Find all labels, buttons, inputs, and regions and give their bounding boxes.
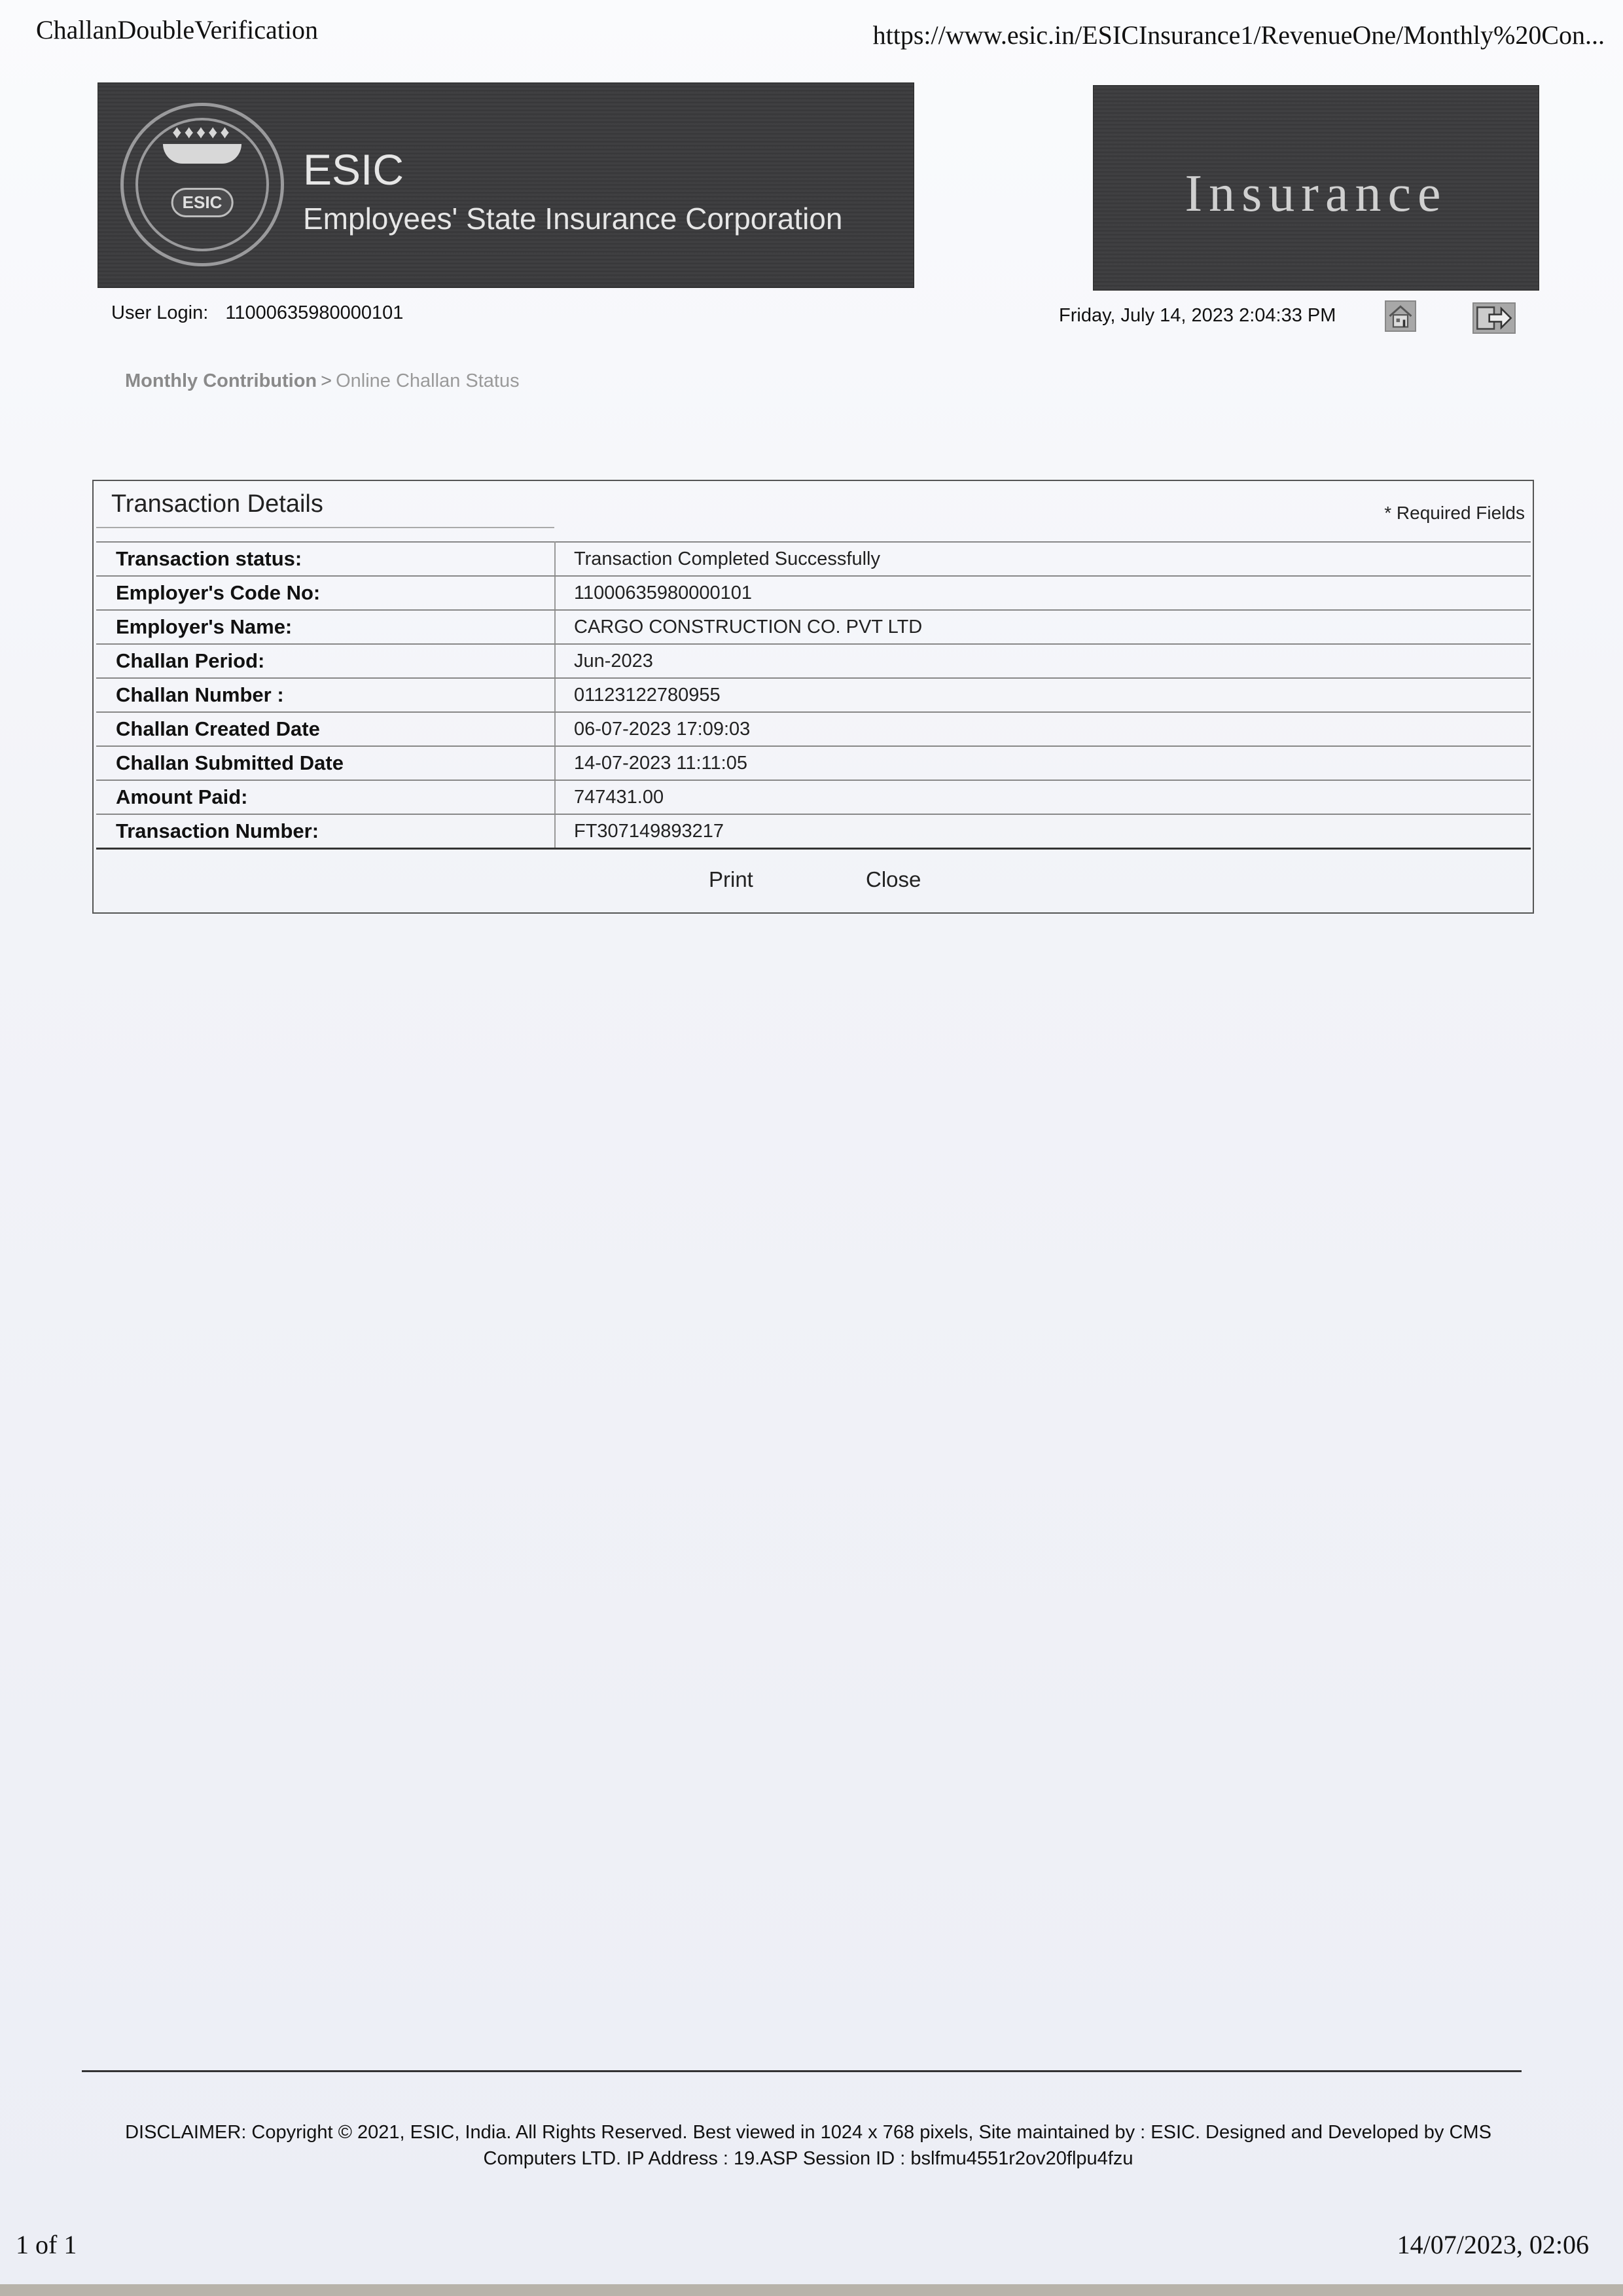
esic-banner: ♦♦♦♦♦ ESIC ESIC Employees' State Insuran… <box>98 83 914 287</box>
brand-short-name: ESIC <box>303 145 404 194</box>
table-row: Challan Submitted Date 14-07-2023 11:11:… <box>96 746 1531 780</box>
insurance-banner-text: Insurance <box>1094 164 1539 224</box>
disclaimer-line-2: Computers LTD. IP Address : 19.ASP Sessi… <box>72 2145 1544 2172</box>
lamp-icon <box>163 144 241 164</box>
breadcrumb-online-challan-status: Online Challan Status <box>336 370 520 391</box>
insurance-banner: Insurance <box>1094 86 1539 290</box>
challan-period-label: Challan Period: <box>96 644 555 678</box>
table-row: Amount Paid: 747431.00 <box>96 780 1531 814</box>
amount-paid-label: Amount Paid: <box>96 780 555 814</box>
esic-logo: ♦♦♦♦♦ ESIC <box>120 103 284 266</box>
home-icon[interactable] <box>1385 300 1416 332</box>
breadcrumb: Monthly Contribution>Online Challan Stat… <box>125 370 520 392</box>
employer-name-value: CARGO CONSTRUCTION CO. PVT LTD <box>555 610 1531 644</box>
print-button[interactable]: Print <box>709 867 753 892</box>
user-login-label: User Login: <box>111 302 208 323</box>
challan-submitted-date-value: 14-07-2023 11:11:05 <box>555 746 1531 780</box>
home-icon-glyph <box>1386 302 1415 331</box>
table-row: Transaction Number: FT307149893217 <box>96 814 1531 849</box>
employer-code-label: Employer's Code No: <box>96 576 555 610</box>
transaction-status-label: Transaction status: <box>96 542 555 576</box>
amount-paid-value: 747431.00 <box>555 780 1531 814</box>
print-header-title: ChallanDoubleVerification <box>36 14 318 45</box>
panel-title-divider <box>96 527 554 528</box>
disclaimer: DISCLAIMER: Copyright © 2021, ESIC, Indi… <box>72 2119 1544 2172</box>
scan-edge <box>0 2284 1623 2296</box>
table-row: Challan Number : 01123122780955 <box>96 678 1531 712</box>
employer-code-value: 11000635980000101 <box>555 576 1531 610</box>
disclaimer-line-1: DISCLAIMER: Copyright © 2021, ESIC, Indi… <box>72 2119 1544 2145</box>
user-login: User Login: 11000635980000101 <box>111 302 403 324</box>
table-row: Challan Created Date 06-07-2023 17:09:03 <box>96 712 1531 746</box>
table-row: Employer's Name: CARGO CONSTRUCTION CO. … <box>96 610 1531 644</box>
brand-full-name: Employees' State Insurance Corporation <box>303 201 842 236</box>
breadcrumb-monthly-contribution[interactable]: Monthly Contribution <box>125 370 317 391</box>
table-row: Employer's Code No: 11000635980000101 <box>96 576 1531 610</box>
transaction-number-value: FT307149893217 <box>555 814 1531 849</box>
breadcrumb-separator: > <box>321 370 332 391</box>
printed-page <box>0 0 1623 2284</box>
employer-name-label: Employer's Name: <box>96 610 555 644</box>
challan-created-date-value: 06-07-2023 17:09:03 <box>555 712 1531 746</box>
lamp-flames-icon: ♦♦♦♦♦ <box>172 122 232 143</box>
required-fields-note: * Required Fields <box>1384 503 1525 524</box>
transaction-details-panel: Transaction Details * Required Fields Tr… <box>92 480 1534 914</box>
table-row: Challan Period: Jun-2023 <box>96 644 1531 678</box>
print-timestamp: 14/07/2023, 02:06 <box>1397 2229 1589 2260</box>
print-page-count: 1 of 1 <box>16 2229 77 2260</box>
logout-icon[interactable] <box>1472 302 1516 334</box>
challan-created-date-label: Challan Created Date <box>96 712 555 746</box>
close-button[interactable]: Close <box>866 867 921 892</box>
logout-icon-glyph <box>1474 304 1514 332</box>
challan-number-value: 01123122780955 <box>555 678 1531 712</box>
footer-divider <box>82 2070 1522 2072</box>
panel-actions: Print Close <box>94 867 1533 906</box>
table-row: Transaction status: Transaction Complete… <box>96 542 1531 576</box>
logo-text: ESIC <box>171 188 234 217</box>
current-datetime: Friday, July 14, 2023 2:04:33 PM <box>1059 305 1336 327</box>
user-login-value: 11000635980000101 <box>225 302 403 323</box>
transaction-number-label: Transaction Number: <box>96 814 555 849</box>
transaction-details-table: Transaction status: Transaction Complete… <box>96 541 1531 850</box>
challan-submitted-date-label: Challan Submitted Date <box>96 746 555 780</box>
transaction-status-value: Transaction Completed Successfully <box>555 542 1531 576</box>
challan-period-value: Jun-2023 <box>555 644 1531 678</box>
print-header-url: https://www.esic.in/ESICInsurance1/Reven… <box>873 20 1605 50</box>
challan-number-label: Challan Number : <box>96 678 555 712</box>
panel-title: Transaction Details <box>111 490 323 518</box>
